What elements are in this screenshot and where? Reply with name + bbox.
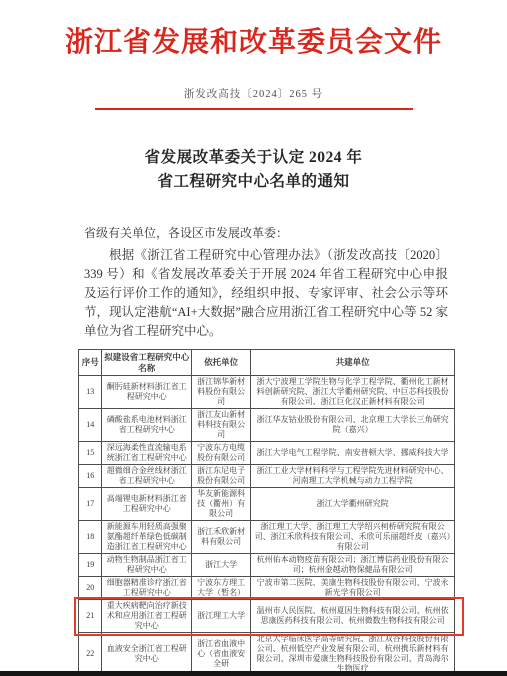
serial-cell: 19: [79, 554, 102, 577]
center-name-cell: 磷酸盐系电池材料浙江省工程研究中心: [102, 409, 192, 442]
supporting-unit-cell: 浙江省血液中心（省血液安全研: [192, 633, 251, 676]
supporting-unit-cell: 浙江禾欣新材料有限公司: [192, 521, 251, 554]
serial-cell: 16: [79, 465, 102, 488]
center-name-cell: 酮肟硅新材料浙江省工程研究中心: [102, 376, 192, 409]
serial-cell: 20: [79, 577, 102, 600]
table-row: 16超微细合金丝线材浙江省工程研究中心浙江东尼电子股份有限公司浙江工业大学材料科…: [79, 465, 455, 488]
table-header-row: 序号 拟建设省工程研究中心名称 依托单位 共建单位: [79, 350, 455, 376]
research-center-table: 序号 拟建设省工程研究中心名称 依托单位 共建单位 13酮肟硅新材料浙江省工程研…: [78, 349, 455, 676]
header-supporting-unit: 依托单位: [192, 350, 251, 376]
center-name-cell: 重大疾病靶向治疗新技术和应用浙江省工程研究中心: [102, 600, 192, 633]
document-number: 浙发改高技〔2024〕265 号: [0, 86, 507, 101]
center-name-cell: 血液安全浙江省工程研究中心: [102, 633, 192, 676]
body-paragraph: 根据《浙江省工程研究中心管理办法》（浙发改高技〔2020〕339 号）和《省发展…: [84, 246, 448, 341]
co-construction-cell: 浙大宁波理工学院生物与化学工程学院、衢州化工新材料创新研究院、浙江大学衢州研究院…: [251, 376, 455, 409]
table-row: 17高端锂电新材料浙江省工程研究中心华友新能源科技（衢州）有限公司浙江大学衢州研…: [79, 488, 455, 521]
center-name-cell: 细胞器精准诊疗浙江省工程研究中心: [102, 577, 192, 600]
serial-cell: 15: [79, 442, 102, 465]
table-row: 15深远海柔性直流输电系统浙江省工程研究中心宁波东方电缆股份有限公司浙江大学电气…: [79, 442, 455, 465]
co-construction-cell: 浙江理工大学、浙江理工大学绍兴柯桥研究院有限公司、浙江禾欣科技有限公司、禾欣可乐…: [251, 521, 455, 554]
supporting-unit-cell: 浙江理工大学: [192, 600, 251, 633]
supporting-unit-cell: 浙江东尼电子股份有限公司: [192, 465, 251, 488]
serial-cell: 14: [79, 409, 102, 442]
supporting-unit-cell: 华友新能源科技（衢州）有限公司: [192, 488, 251, 521]
serial-cell: 22: [79, 633, 102, 676]
serial-cell: 13: [79, 376, 102, 409]
supporting-unit-cell: 宁波东方理工大学（暂名）: [192, 577, 251, 600]
table-row: 21重大疾病靶向治疗新技术和应用浙江省工程研究中心浙江理工大学温州市人民医院、杭…: [79, 600, 455, 633]
photo-bottom-edge: [0, 671, 507, 676]
salutation: 省级有关单位，各设区市发展改革委：: [84, 224, 507, 241]
supporting-unit-cell: 浙江友山新材料科技有限公司: [192, 409, 251, 442]
header-center-name: 拟建设省工程研究中心名称: [102, 350, 192, 376]
document-page: 浙江省发展和改革委员会文件 浙发改高技〔2024〕265 号 省发展改革委关于认…: [0, 0, 507, 676]
center-name-cell: 深远海柔性直流输电系统浙江省工程研究中心: [102, 442, 192, 465]
table-row: 19动物生物制品浙江省工程研究中心浙江大学杭州佑本动物疫苗有限公司；浙江博信药业…: [79, 554, 455, 577]
table-row: 18新能源车用轻质高强聚氨酯超纤革绿色低碳制造浙江省工程研究中心浙江禾欣新材料有…: [79, 521, 455, 554]
serial-cell: 17: [79, 488, 102, 521]
table-row: 14磷酸盐系电池材料浙江省工程研究中心浙江友山新材料科技有限公司浙江华友钴业股份…: [79, 409, 455, 442]
table-row: 20细胞器精准诊疗浙江省工程研究中心宁波东方理工大学（暂名）宁波市第二医院、美康…: [79, 577, 455, 600]
co-construction-cell: 浙江华友钴业股份有限公司、北京理工大学长三角研究院（嘉兴）: [251, 409, 455, 442]
center-name-cell: 新能源车用轻质高强聚氨酯超纤革绿色低碳制造浙江省工程研究中心: [102, 521, 192, 554]
co-construction-cell: 杭州佑本动物疫苗有限公司；浙江博信药业股份有限公司；杭州金越动物保健品有限公司: [251, 554, 455, 577]
co-construction-cell: 浙江大学电气工程学院、南安普顿大学、挪威科技大学: [251, 442, 455, 465]
supporting-unit-cell: 宁波东方电缆股份有限公司: [192, 442, 251, 465]
co-construction-cell: 温州市人民医院、杭州夏因生物科技有限公司、杭州依思康医药科技有限公司、杭州微数生…: [251, 600, 455, 633]
co-construction-cell: 北京大学临床医学高等研究院、浙江双谷科技股份有限公司、杭州低空产业发展有限公司、…: [251, 633, 455, 676]
red-divider-line: [95, 108, 413, 110]
center-name-cell: 高端锂电新材料浙江省工程研究中心: [102, 488, 192, 521]
table-row: 13酮肟硅新材料浙江省工程研究中心浙江锦华新材料股份有限公司浙大宁波理工学院生物…: [79, 376, 455, 409]
notice-title: 省发展改革委关于认定 2024 年 省工程研究中心名单的通知: [0, 146, 507, 194]
table-body: 13酮肟硅新材料浙江省工程研究中心浙江锦华新材料股份有限公司浙大宁波理工学院生物…: [79, 376, 455, 676]
header-co-construction-units: 共建单位: [251, 350, 455, 376]
supporting-unit-cell: 浙江大学: [192, 554, 251, 577]
center-name-cell: 超微细合金丝线材浙江省工程研究中心: [102, 465, 192, 488]
serial-cell: 18: [79, 521, 102, 554]
table-row: 22血液安全浙江省工程研究中心浙江省血液中心（省血液安全研北京大学临床医学高等研…: [79, 633, 455, 676]
co-construction-cell: 浙江工业大学材料科学与工程学院先进材料研究中心、河南理工大学机械与动力工程学院: [251, 465, 455, 488]
supporting-unit-cell: 浙江锦华新材料股份有限公司: [192, 376, 251, 409]
notice-title-line1: 省发展改革委关于认定 2024 年: [0, 146, 507, 170]
co-construction-cell: 宁波市第二医院、美康生物科技股份有限公司、宁波永新光学有限公司: [251, 577, 455, 600]
serial-cell: 21: [79, 600, 102, 633]
agency-document-title: 浙江省发展和改革委员会文件: [0, 20, 507, 60]
center-name-cell: 动物生物制品浙江省工程研究中心: [102, 554, 192, 577]
notice-title-line2: 省工程研究中心名单的通知: [0, 170, 507, 194]
header-serial-number: 序号: [79, 350, 102, 376]
co-construction-cell: 浙江大学衢州研究院: [251, 488, 455, 521]
